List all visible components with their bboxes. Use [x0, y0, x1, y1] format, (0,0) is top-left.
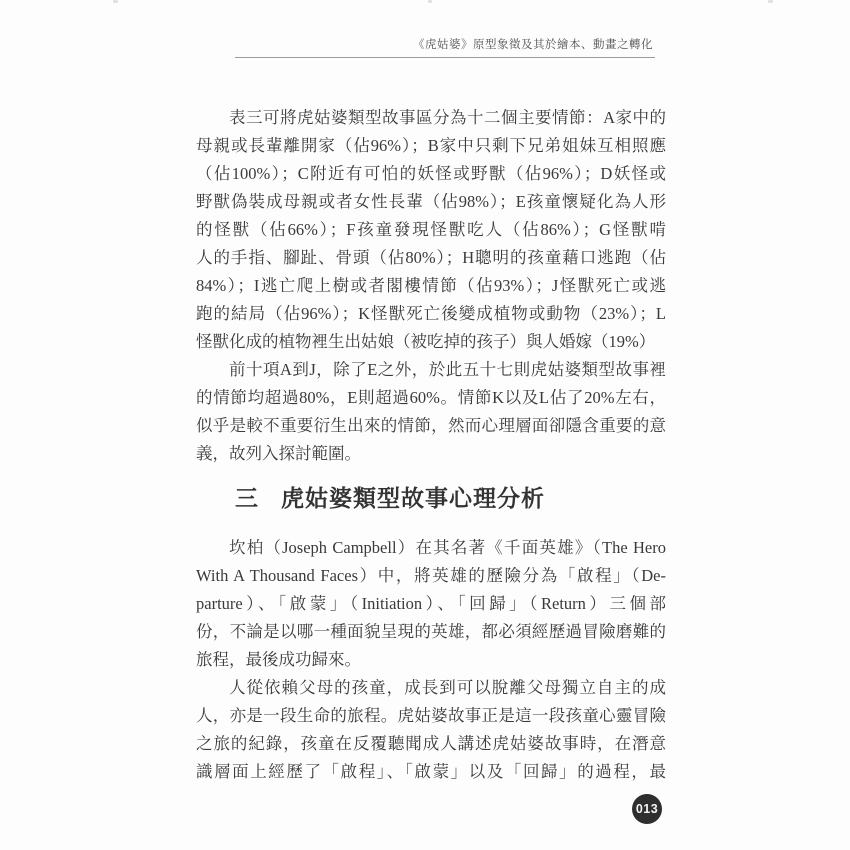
- text-line: 義，故列入探討範圍。: [196, 440, 666, 468]
- text-line: 跑的結局（佔96%）；K怪獸死亡後變成植物或動物（23%）；L: [196, 300, 666, 328]
- paragraph-story-plots: 表三可將虎姑婆類型故事區分為十二個主要情節：A家中的 母親或長輩離開家（佔96%…: [196, 104, 666, 356]
- text-line: （佔100%）；C附近有可怕的妖怪或野獸（佔96%）；D妖怪或: [196, 160, 666, 188]
- paragraph-life-journey: 人從依賴父母的孩童，成長到可以脫離父母獨立自主的成 人，亦是一段生命的旅程。虎姑…: [196, 674, 666, 786]
- section-title: 虎姑婆類型故事心理分析: [281, 482, 545, 514]
- paragraph-campbell-hero: 坎柏（Joseph Campbell）在其名著《千面英雄》（The Hero W…: [196, 534, 666, 674]
- text-line: 份，不論是以哪一種面貌呈現的英雄，都必須經歷過冒險磨難的: [196, 618, 666, 646]
- text-line: 表三可將虎姑婆類型故事區分為十二個主要情節：A家中的: [196, 104, 666, 132]
- scan-artifact-mark: [113, 0, 118, 3]
- text-line: 人，亦是一段生命的旅程。虎姑婆故事正是這一段孩童心靈冒險: [196, 702, 666, 730]
- text-line: 的怪獸（佔66%）；F孩童發現怪獸吃人（佔86%）；G怪獸啃: [196, 216, 666, 244]
- section-number: 三: [235, 482, 259, 514]
- scan-artifact-mark: [428, 0, 432, 3]
- text-line: 母親或長輩離開家（佔96%）；B家中只剩下兄弟姐妹互相照應: [196, 132, 666, 160]
- paragraph-plot-percentages: 前十項A到J，除了E之外，於此五十七則虎姑婆類型故事裡 的情節均超過80%，E則…: [196, 356, 666, 468]
- running-header-rule: [235, 57, 655, 58]
- text-line: parture）、「啟蒙」（Initiation）、「回歸」（Return）三個…: [196, 590, 666, 618]
- book-page-scan: 《虎姑婆》原型象徵及其於繪本、動畫之轉化 表三可將虎姑婆類型故事區分為十二個主要…: [0, 0, 850, 850]
- text-line: With A Thousand Faces）中，將英雄的歷險分為「啟程」（De-: [196, 562, 666, 590]
- text-line: 野獸偽裝成母親或者女性長輩（佔98%）；E孩童懷疑化為人形: [196, 188, 666, 216]
- text-line: 旅程，最後成功歸來。: [196, 646, 666, 674]
- running-header: 《虎姑婆》原型象徵及其於繪本、動畫之轉化: [235, 36, 655, 58]
- text-line: 怪獸化成的植物裡生出姑娘（被吃掉的孩子）與人婚嫁（19%）: [196, 328, 666, 356]
- text-line: 人的手指、腳趾、骨頭（佔80%）；H聰明的孩童藉口逃跑（佔: [196, 244, 666, 272]
- scan-artifact-mark: [768, 0, 773, 3]
- page-number-badge: 013: [632, 794, 662, 824]
- text-line: 識層面上經歷了「啟程」、「啟蒙」以及「回歸」的過程，最: [196, 758, 666, 786]
- page-content: 表三可將虎姑婆類型故事區分為十二個主要情節：A家中的 母親或長輩離開家（佔96%…: [196, 104, 666, 786]
- text-line: 的情節均超過80%，E則超過60%。情節K以及L佔了20%左右，: [196, 384, 666, 412]
- text-line: 84%）；I逃亡爬上樹或者閣樓情節（佔93%）；J怪獸死亡或逃: [196, 272, 666, 300]
- text-line: 前十項A到J，除了E之外，於此五十七則虎姑婆類型故事裡: [196, 356, 666, 384]
- text-line: 人從依賴父母的孩童，成長到可以脫離父母獨立自主的成: [196, 674, 666, 702]
- text-line: 之旅的紀錄，孩童在反覆聽聞成人講述虎姑婆故事時，在潛意: [196, 730, 666, 758]
- page-number: 013: [636, 802, 658, 816]
- text-line: 坎柏（Joseph Campbell）在其名著《千面英雄》（The Hero: [196, 534, 666, 562]
- running-header-title: 《虎姑婆》原型象徵及其於繪本、動畫之轉化: [235, 36, 655, 57]
- section-heading: 三 虎姑婆類型故事心理分析: [235, 482, 666, 514]
- text-line: 似乎是較不重要衍生出來的情節，然而心理層面卻隱含重要的意: [196, 412, 666, 440]
